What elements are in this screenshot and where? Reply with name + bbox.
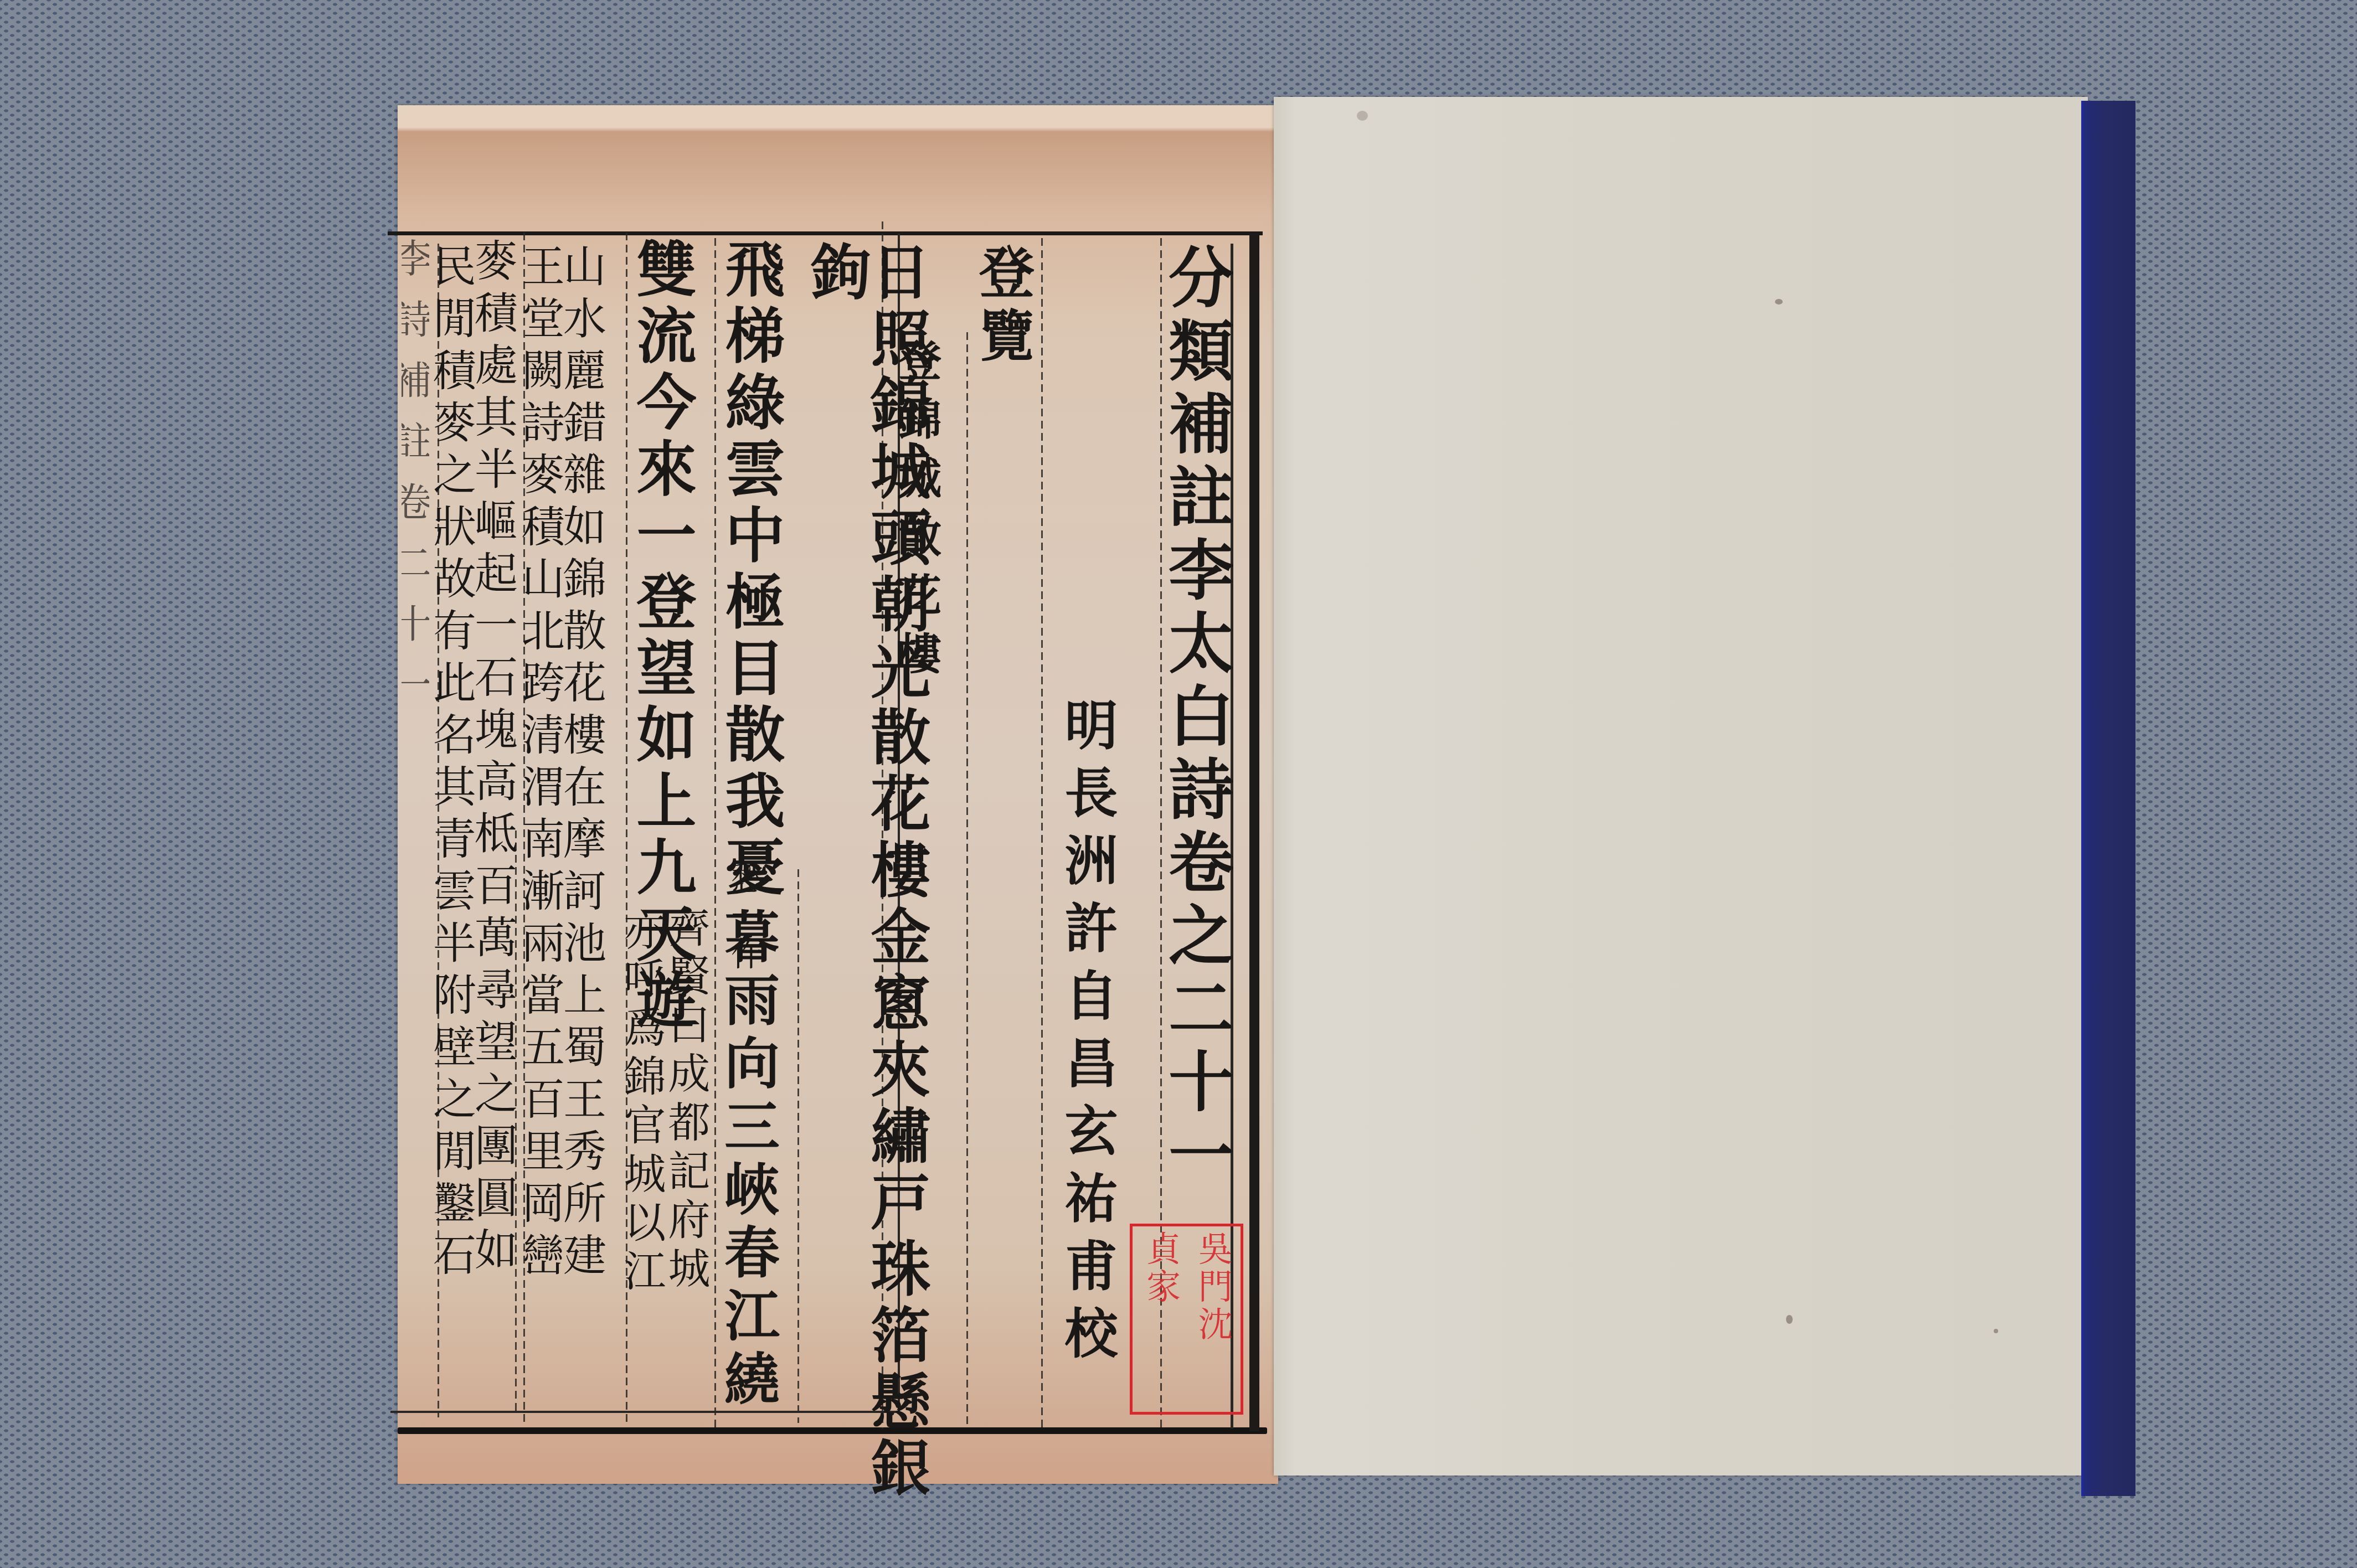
commentary-note-b: 齊賢曰成都記府城 [665, 905, 707, 1295]
seal-text-left: 貞家 [1144, 1231, 1178, 1407]
commentary-column-2: 王堂闕詩麥積山北跨清渭南漸兩當五百里岡巒 [518, 244, 561, 1285]
right-blank-page [1274, 97, 2088, 1476]
volume-title: 分類補註李太白詩卷之二十一 [1163, 244, 1228, 1194]
column-rule [797, 869, 799, 1423]
paper-speck [1994, 1329, 1998, 1333]
paper-speck [1357, 111, 1368, 121]
collector-seal: 吳門沈 貞家 [1130, 1224, 1243, 1415]
paper-speck [1786, 1315, 1793, 1324]
poem-line-1: 日照錦城頭朝光散花樓金窻夾繡戸珠箔懸銀鉤 [806, 241, 925, 1568]
column-rule [966, 332, 968, 1428]
poem-line-2: 飛梯綠雲中極目散我憂 [720, 238, 780, 902]
poem-line-2-continuation: 暮雨向三峽春江繞 [720, 908, 775, 1413]
blue-silk-binding [2081, 101, 2135, 1496]
frame-right-border [1249, 233, 1259, 1431]
column-rule [1041, 238, 1043, 1428]
editor-credit: 明長洲許自昌玄祐甫校 [1061, 698, 1114, 1373]
commentary-column-3: 麥積處其半嶇起一石塊高柢百萬尋望之團圓如 [471, 238, 514, 1279]
section-heading: 登覽 [975, 244, 1030, 370]
commentary-column-4: 民閒積麥之狀故有此名其青雲半附壁之閒鑿石 [429, 244, 472, 1285]
seal-text-right: 吳門沈 [1195, 1231, 1229, 1407]
commentary-note-a: 亦呼爲錦官城以江 [620, 908, 662, 1298]
paper-speck [1775, 299, 1783, 305]
commentary-column-1: 山水麗錯雜如錦散花樓在摩訶池上蜀王秀所建 [559, 244, 603, 1285]
